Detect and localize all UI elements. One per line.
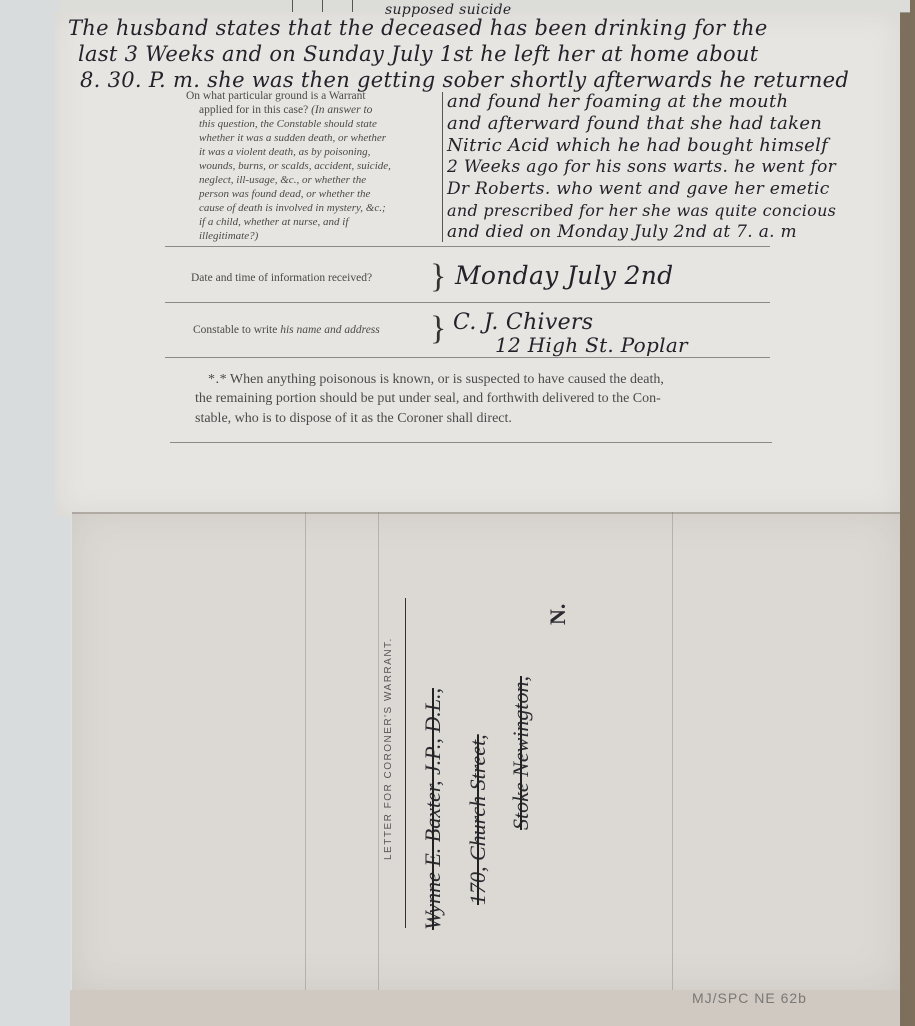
instruction-line: neglect, ill-usage, &c., or whether the xyxy=(199,174,366,186)
statement-line-9: and prescribed for her she was quite con… xyxy=(447,201,836,220)
answer-date: Monday July 2nd xyxy=(455,261,673,290)
notice-line-3: stable, who is to dispose of it as the C… xyxy=(195,411,512,427)
section-divider xyxy=(165,302,770,303)
question-date-label: Date and time of information received? xyxy=(191,272,372,284)
statement-line-1: The husband states that the deceased has… xyxy=(68,16,768,40)
answer-constable-address: 12 High St. Poplar xyxy=(495,333,688,357)
archive-reference: MJ/SPC NE 62b xyxy=(692,990,807,1006)
instruction-line: this question, the Constable should stat… xyxy=(199,118,377,130)
statement-line-2: last 3 Weeks and on Sunday July 1st he l… xyxy=(78,42,758,66)
instruction-line: wounds, burns, or scalds, accident, suic… xyxy=(199,160,391,172)
address-panel-header: LETTER FOR CORONER'S WARRANT. xyxy=(383,637,394,860)
address-panel-rule xyxy=(405,598,406,928)
instruction-line: cause of death is involved in mystery, &… xyxy=(199,202,386,214)
address-line-postal: N. xyxy=(545,604,571,625)
section-divider xyxy=(165,246,770,247)
question-constable-label-plain: Constable to write xyxy=(193,324,277,336)
statement-line-8: Dr Roberts. who went and gave her emetic xyxy=(447,179,830,199)
statement-line-6: Nitric Acid which he had bought himself xyxy=(447,135,828,156)
address-line-street: 170, Church Street, xyxy=(465,734,491,905)
statement-line-7: 2 Weeks ago for his sons warts. he went … xyxy=(447,157,836,177)
question-ground-label-plain: applied for in this case? xyxy=(199,104,308,116)
statement-line-4: and found her foaming at the mouth xyxy=(447,91,788,112)
question-constable-label: Constable to write his name and address xyxy=(193,324,380,336)
vertical-fold-line xyxy=(378,512,379,990)
page-edge-tick xyxy=(352,0,353,12)
brace: } xyxy=(430,312,446,346)
notice-line-1: *․* When anything poisonous is known, or… xyxy=(208,371,664,388)
background-right xyxy=(898,0,915,1026)
question-ground-label: On what particular ground is a Warrant xyxy=(186,90,366,102)
brace: } xyxy=(430,260,446,294)
statement-line-10: and died on Monday July 2nd at 7. a. m xyxy=(447,222,797,242)
section-divider xyxy=(165,357,770,358)
answer-bracket-line xyxy=(442,92,443,242)
statement-line-5: and afterward found that she had taken xyxy=(447,113,822,134)
question-ground-label-italic: (In answer to xyxy=(311,104,372,116)
section-divider xyxy=(170,442,772,443)
instruction-line: if a child, whether at nurse, and if xyxy=(199,216,348,228)
answer-constable-name: C. J. Chivers xyxy=(453,310,593,335)
question-constable-label-italic: his name and address xyxy=(280,324,380,336)
question-ground-label-cont: applied for in this case? (In answer to xyxy=(199,104,372,116)
horizontal-fold-line xyxy=(72,512,900,514)
instruction-line: illegitimate?) xyxy=(199,230,258,242)
vertical-fold-line xyxy=(305,512,306,990)
page-edge-tick xyxy=(322,0,323,12)
instruction-line: it was a violent death, as by poisoning, xyxy=(199,146,370,158)
notice-line-2: the remaining portion should be put unde… xyxy=(195,391,661,407)
page-edge-tick xyxy=(292,0,293,12)
vertical-fold-line xyxy=(672,512,673,990)
address-line-district: Stoke Newington, xyxy=(508,676,534,830)
instruction-line: person was found dead, or whether the xyxy=(199,188,370,200)
address-line-name: Wynne E. Baxter, J.P., D.L., xyxy=(420,688,446,930)
instruction-line: whether it was a sudden death, or whethe… xyxy=(199,132,386,144)
statement-line-3: 8. 30. P. m. she was then getting sober … xyxy=(80,68,849,92)
